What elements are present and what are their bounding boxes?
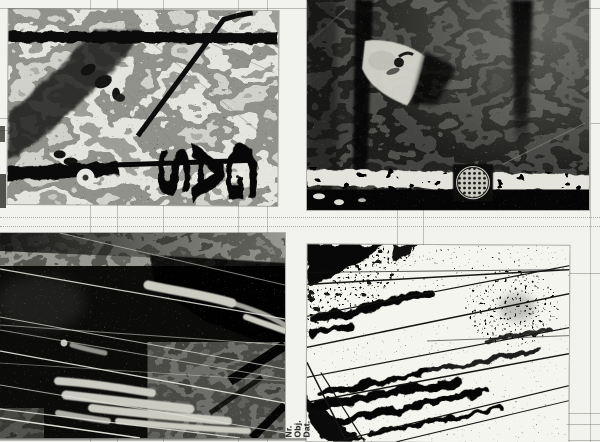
round-cover-center — [82, 175, 88, 181]
edge-tick — [591, 123, 600, 124]
painted-letters: S A G — [148, 139, 264, 205]
photo-bottom-right — [306, 244, 569, 442]
ruled-line-horizontal — [566, 413, 600, 414]
shadow-band-top — [8, 31, 278, 44]
ruled-line-horizontal — [566, 273, 600, 274]
photo-top-left: S A G — [7, 9, 278, 206]
archive-stamp: Nr. Obj. Dat. — [285, 394, 312, 438]
ruled-line-dotted — [0, 217, 600, 218]
ruled-line-dotted — [0, 226, 600, 227]
ruled-line-vertical — [590, 0, 591, 442]
archive-card: S A G — [0, 0, 600, 442]
film-grain — [307, 0, 589, 210]
photo-top-right — [307, 0, 589, 210]
edge-mark — [0, 174, 6, 208]
film-grain — [0, 233, 285, 438]
edge-mark — [0, 126, 5, 142]
photo-bottom-left — [0, 233, 285, 438]
painted-letter: G — [215, 140, 264, 206]
stamp-line-dat: Dat. — [303, 394, 312, 438]
